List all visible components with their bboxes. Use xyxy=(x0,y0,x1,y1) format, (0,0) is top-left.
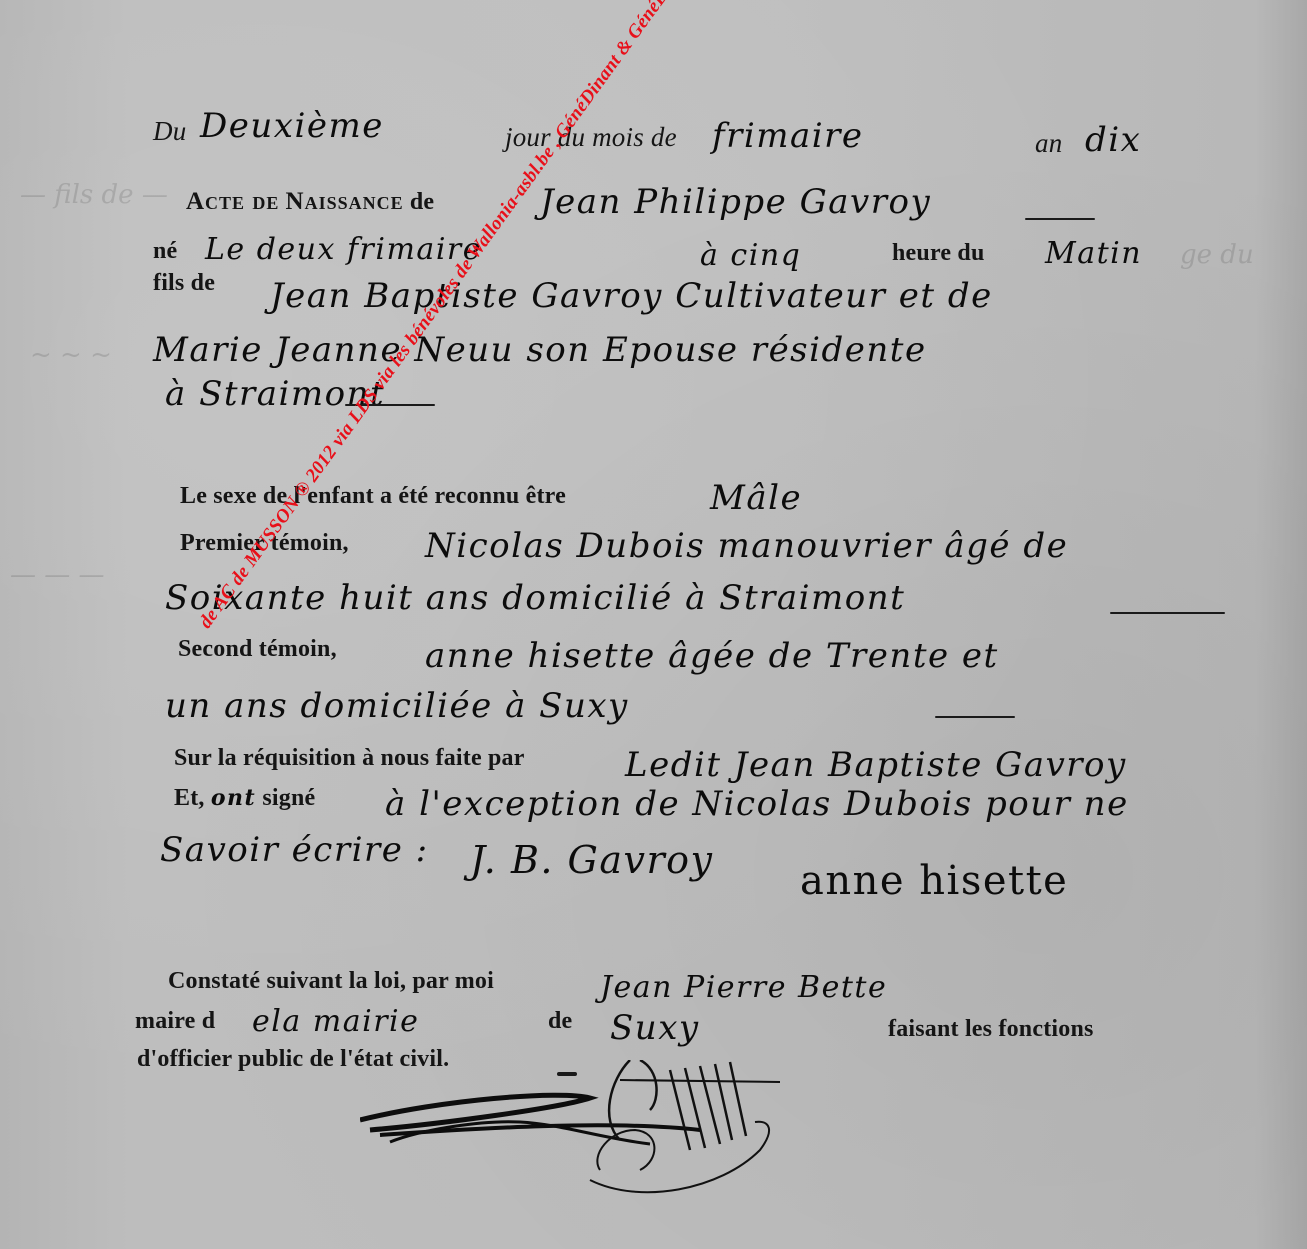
signe-label: signé xyxy=(262,785,315,811)
handwritten-savoir-ecrire: Savoir écrire : xyxy=(160,830,429,870)
handwritten-exception: à l'exception de Nicolas Dubois pour ne xyxy=(385,784,1129,824)
printed-fonctions: faisant les fonctions xyxy=(888,1016,1094,1043)
handwritten-mairie: ela mairie xyxy=(252,1004,419,1039)
acte-label: Acte de xyxy=(186,188,279,215)
signature-witness2: anne hisette xyxy=(800,858,1068,904)
printed-maire-de: maire d xyxy=(135,1008,215,1035)
de-label: de xyxy=(410,189,434,215)
handwritten-year: dix xyxy=(1085,120,1141,160)
handwritten-witness2-line2: un ans domiciliée à Suxy xyxy=(165,686,629,726)
handwritten-father: Jean Baptiste Gavroy Cultivateur et de xyxy=(270,276,993,316)
handwritten-month: frimaire xyxy=(712,116,863,156)
officer-signature xyxy=(360,1060,800,1210)
printed-requisition: Sur la réquisition à nous faite par xyxy=(174,745,525,772)
dash-line xyxy=(1110,612,1225,614)
handwritten-birth-date: Le deux frimaire xyxy=(205,232,482,267)
printed-an: an xyxy=(1035,128,1062,159)
handwritten-day: Deuxième xyxy=(200,106,384,146)
printed-sexe: Le sexe de l'enfant a été reconnu être xyxy=(180,483,566,510)
printed-ne: né xyxy=(153,238,177,265)
et-label: Et, xyxy=(174,785,205,811)
handwritten-signed-struck: ont xyxy=(211,785,256,811)
document-scan: — fils de — ~ ~ ~ — — — ge du Du Deuxièm… xyxy=(0,0,1307,1249)
handwritten-sex: Mâle xyxy=(710,478,802,518)
handwritten-time-of-day: Matin xyxy=(1045,236,1142,271)
printed-du: Du xyxy=(153,116,186,147)
naissance-label: Naissance xyxy=(286,188,404,215)
printed-fils-de: fils de xyxy=(153,270,215,297)
handwritten-birth-hour: à cinq xyxy=(700,238,801,273)
printed-jour-du-mois: jour du mois de xyxy=(505,122,677,153)
dash-line xyxy=(935,716,1015,718)
handwritten-mother: Marie Jeanne Neuu son Epouse résidente xyxy=(153,330,927,370)
handwritten-witness1-line2: Soixante huit ans domicilié à Straimont xyxy=(165,578,905,618)
handwritten-witness2-line1: anne hisette âgée de Trente et xyxy=(425,636,999,676)
printed-second-temoin: Second témoin, xyxy=(178,636,337,663)
handwritten-witness1-line1: Nicolas Dubois manouvrier âgé de xyxy=(425,526,1068,566)
printed-de: de xyxy=(548,1008,572,1035)
printed-constate: Constaté suivant la loi, par moi xyxy=(168,968,494,995)
printed-heure-du: heure du xyxy=(892,240,985,267)
handwritten-requisitioner: Ledit Jean Baptiste Gavroy xyxy=(625,745,1127,785)
printed-acte-de-naissance: Acte de Naissance de xyxy=(186,188,434,216)
printed-et-signe: Et, ont signé xyxy=(174,785,315,812)
bleed-through-text: — fils de — xyxy=(20,180,168,210)
handwritten-officer-name: Jean Pierre Bette xyxy=(600,970,887,1005)
bleed-through-text: ge du xyxy=(1180,240,1254,270)
dash-line xyxy=(1025,218,1095,220)
bleed-through-text: — — — xyxy=(10,560,105,590)
bleed-through-text: ~ ~ ~ xyxy=(30,340,112,370)
handwritten-child-name: Jean Philippe Gavroy xyxy=(540,182,931,222)
signature-father: J. B. Gavroy xyxy=(470,838,714,882)
handwritten-commune: Suxy xyxy=(610,1008,700,1048)
